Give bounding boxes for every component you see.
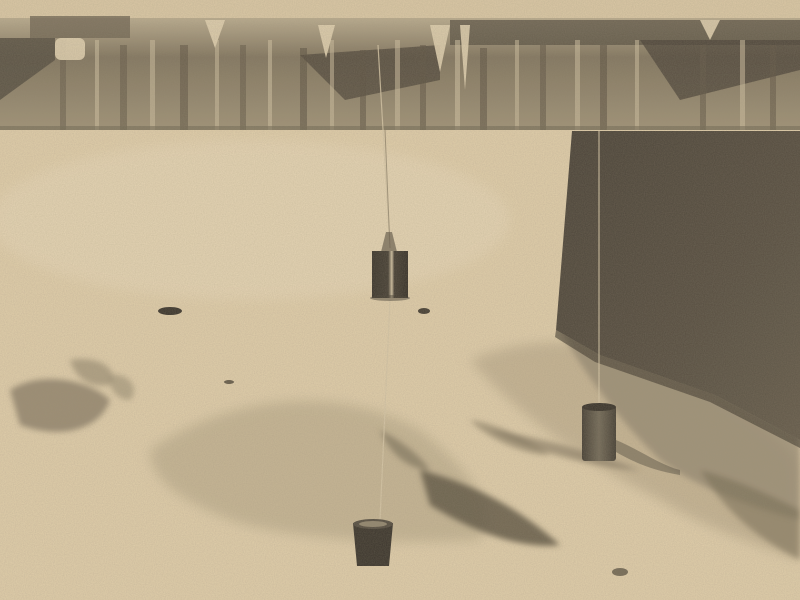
- photograph: [0, 0, 800, 600]
- photo-scene: [0, 0, 800, 600]
